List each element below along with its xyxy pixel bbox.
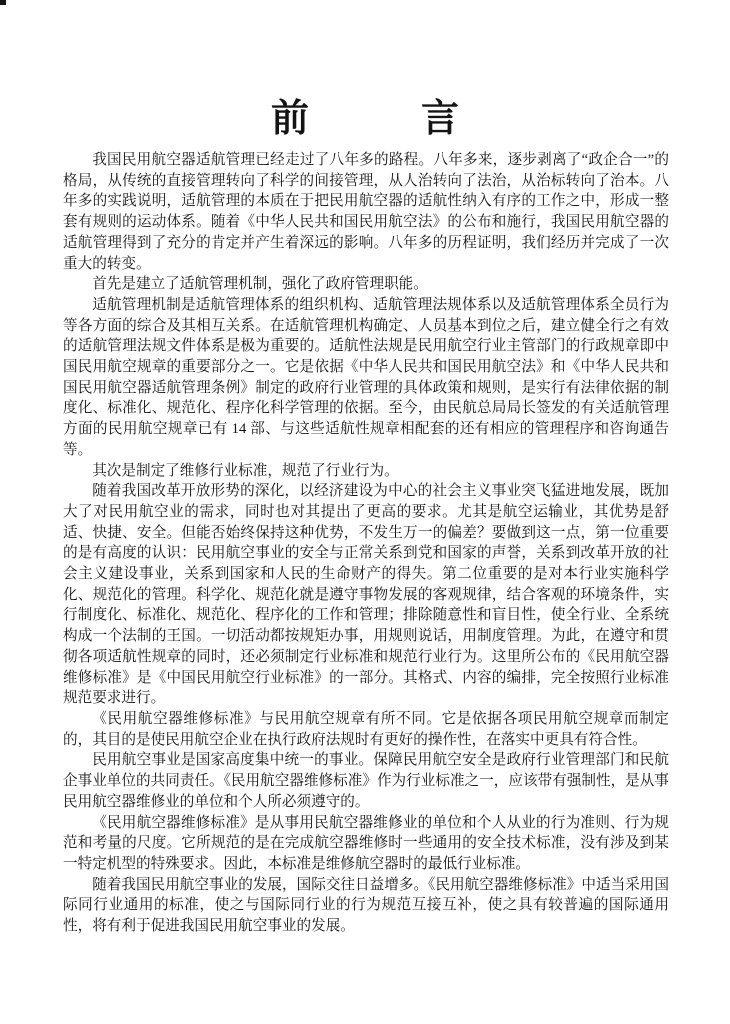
paragraph: 《民用航空器维修标准》与民用航空规章有所不同。它是依据各项民用航空规章而制定的，… — [63, 709, 669, 750]
page-title: 前 言 — [0, 98, 730, 140]
paragraph: 我国民用航空器适航管理已经走过了八年多的路程。八年多来，逐步剥离了“政企合一”的… — [63, 150, 669, 274]
paragraph: 《民用航空器维修标准》是从事用民航空器维修业的单位和个人从业的行为准则、行为规范… — [63, 813, 669, 875]
title-char-right: 言 — [421, 98, 459, 140]
scan-artifact — [0, 0, 6, 5]
paragraph: 适航管理机制是适航管理体系的组织机构、适航管理法规体系以及适航管理体系全员行为等… — [63, 295, 669, 461]
paragraph: 其次是制定了维修行业标准，规范了行业行为。 — [63, 461, 669, 482]
document-page: 前 言 我国民用航空器适航管理已经走过了八年多的路程。八年多来，逐步剥离了“政企… — [0, 0, 730, 1024]
paragraph: 首先是建立了适航管理机制，强化了政府管理职能。 — [63, 274, 669, 295]
preface-body: 我国民用航空器适航管理已经走过了八年多的路程。八年多来，逐步剥离了“政企合一”的… — [63, 150, 669, 937]
paragraph: 随着我国改革开放形势的深化，以经济建设为中心的社会主义事业突飞猛进地发展，既加大… — [63, 481, 669, 709]
paragraph: 民用航空事业是国家高度集中统一的事业。保障民用航空安全是政府行业管理部门和民航企… — [63, 750, 669, 812]
paragraph: 随着我国民用航空事业的发展，国际交往日益增多。《民用航空器维修标准》中适当采用国… — [63, 875, 669, 937]
title-char-left: 前 — [271, 98, 309, 140]
